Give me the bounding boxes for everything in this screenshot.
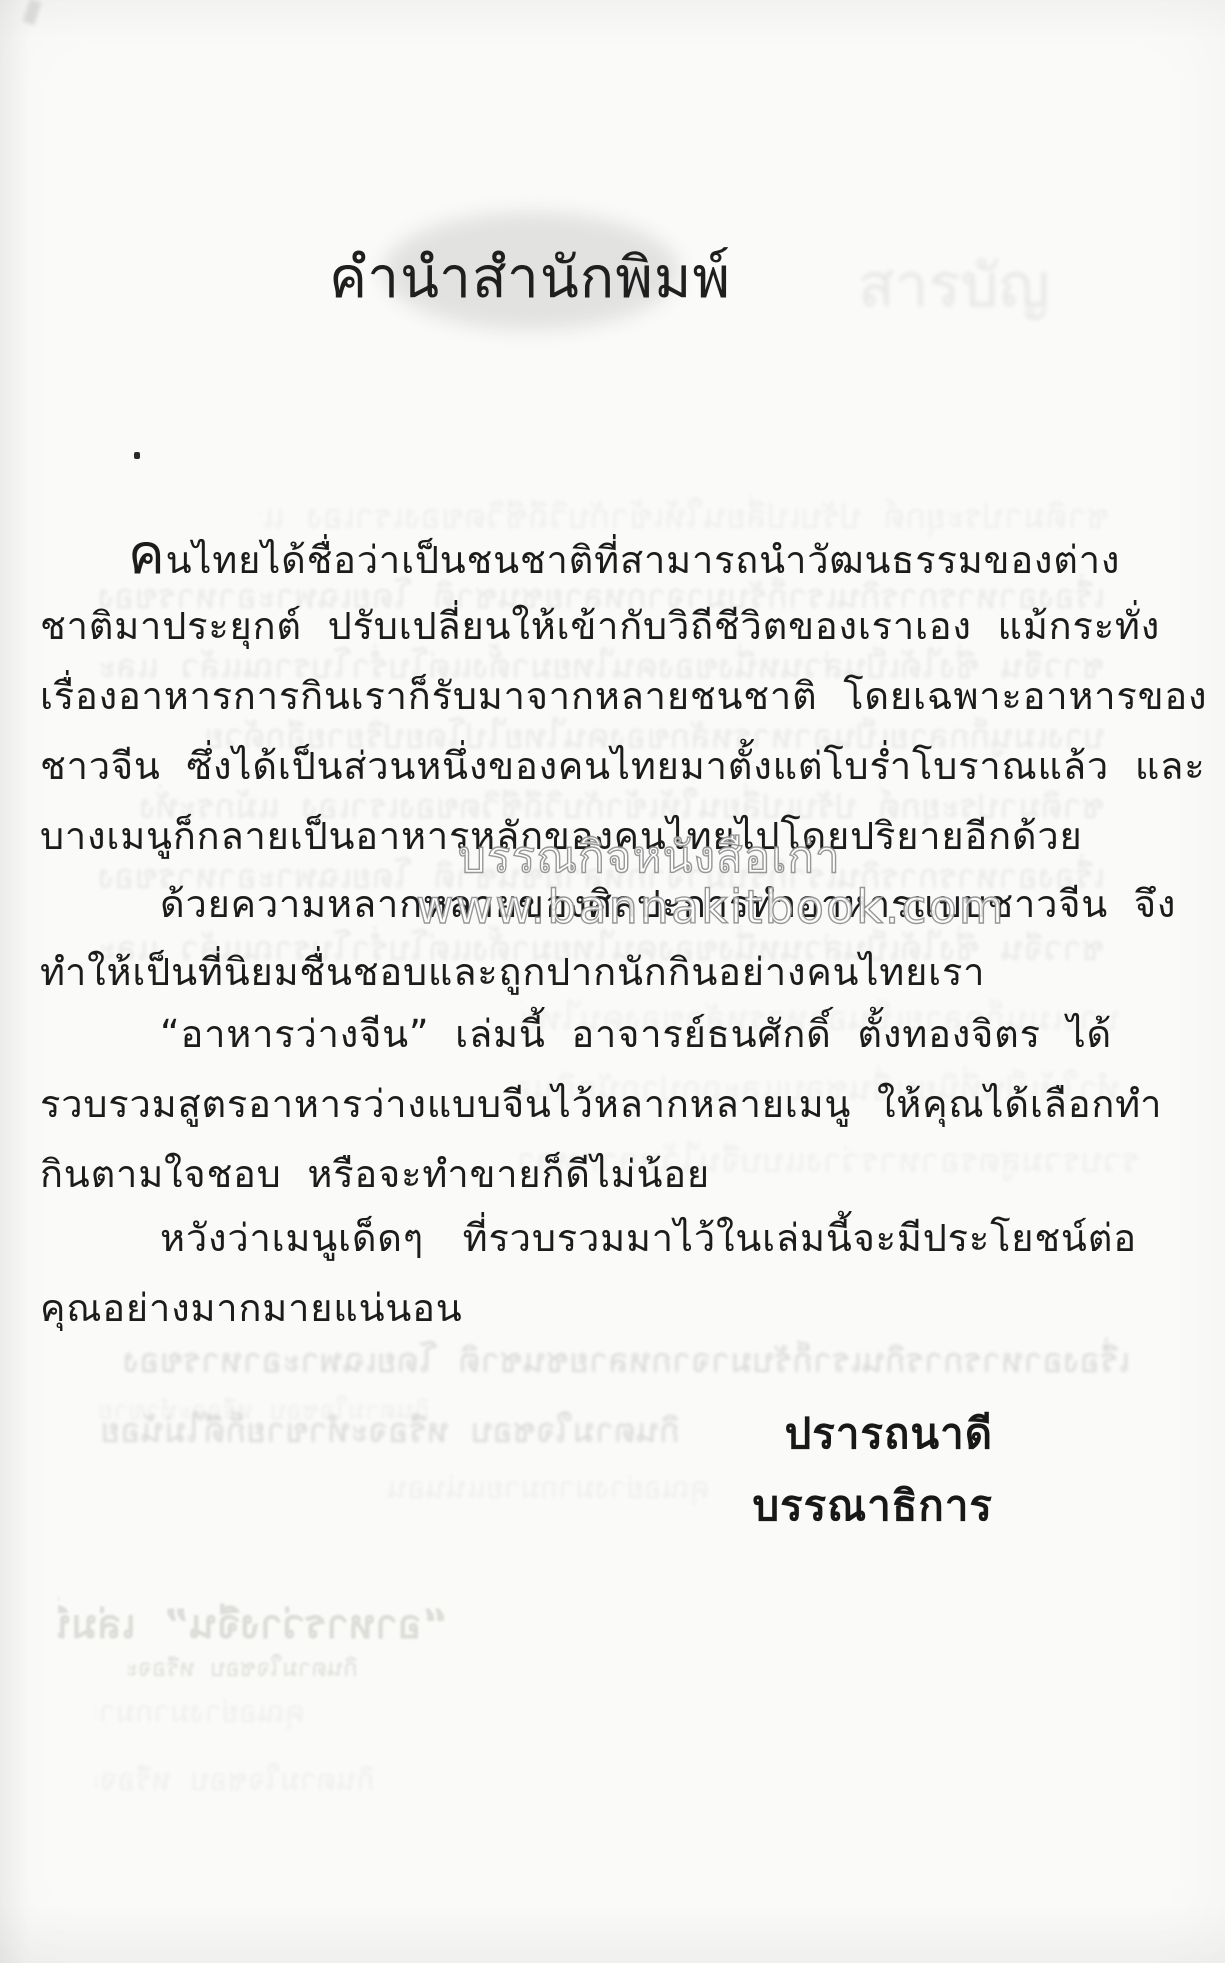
signoff-sender: ปรารถนาดี bbox=[573, 1398, 993, 1470]
showthrough-stamp-small: กินตามใจชอบ หรือจะทำขายก็ดีไม่น้อย bbox=[128, 1648, 358, 1682]
signoff-block: ปรารถนาดี บรรณาธิการ bbox=[573, 1398, 993, 1542]
body-line-8: “อาหารว่างจีน” เล่มนี้ อาจารย์ธนศักดิ์ ต… bbox=[160, 1008, 1112, 1060]
showthrough-line: กินตามใจชอบ หรือจะทำขายก็ดีไม่น้อย bbox=[95, 1758, 375, 1806]
showthrough-line: คุณอย่างมากมายแน่นอน bbox=[95, 1690, 305, 1738]
body-line-4: ชาวจีน ซึ่งได้เป็นส่วนหนึ่งของคนไทยมาตั้… bbox=[40, 740, 1205, 792]
body-line-6: ด้วยความหลากหลายของศิลปะการทำอาหารแบบชาว… bbox=[160, 878, 1176, 930]
body-line-7: ทำให้เป็นที่นิยมชื่นชอบและถูกปากนักกินอย… bbox=[40, 946, 985, 998]
scanned-book-page: สารบัญ คำนำสำนักพิมพ์ ชาติมาประยุกต์ ปรั… bbox=[0, 0, 1225, 1963]
signoff-role: บรรณาธิการ bbox=[573, 1470, 993, 1542]
showthrough-stamp: “อาหารว่างจีน” เล่มนี้ อาจารย์ธนศักดิ์ ต… bbox=[58, 1592, 448, 1648]
showthrough-contents-title: สารบัญ bbox=[858, 238, 1118, 333]
body-line-3: เรื่องอาหารการกินเราก็รับมาจากหลายชนชาติ… bbox=[40, 670, 1207, 722]
body-line-1: คนไทยได้ชื่อว่าเป็นชนชาติที่สามารถนำวัฒน… bbox=[128, 528, 1120, 586]
body-line-5: บางเมนูก็กลายเป็นอาหารหลักของคนไทยไปโดยป… bbox=[40, 810, 1083, 862]
showthrough-line: เรื่องอาหารการกินเราก็รับมาจากหลายชนชาติ… bbox=[40, 1338, 1130, 1386]
scan-speck bbox=[134, 452, 140, 459]
page-title: คำนำสำนักพิมพ์ bbox=[250, 238, 810, 318]
body-line-12: คุณอย่างมากมายแน่นอน bbox=[40, 1282, 463, 1334]
body-line-11: หวังว่าเมนูเด็ดๆ ที่รวบรวมมาไว้ในเล่มนี้… bbox=[160, 1212, 1137, 1264]
showthrough-line: กินตามใจชอบ หรือจะทำขายก็ดีไม่น้อย bbox=[100, 1388, 430, 1436]
body-line-2: ชาติมาประยุกต์ ปรับเปลี่ยนให้เข้ากับวิถี… bbox=[40, 600, 1160, 652]
body-line-9: รวบรวมสูตรอาหารว่างแบบจีนไว้หลากหลายเมนู… bbox=[40, 1078, 1162, 1130]
body-line-10: กินตามใจชอบ หรือจะทำขายก็ดีไม่น้อย bbox=[40, 1148, 710, 1200]
scan-corner-artifact bbox=[23, 0, 42, 25]
